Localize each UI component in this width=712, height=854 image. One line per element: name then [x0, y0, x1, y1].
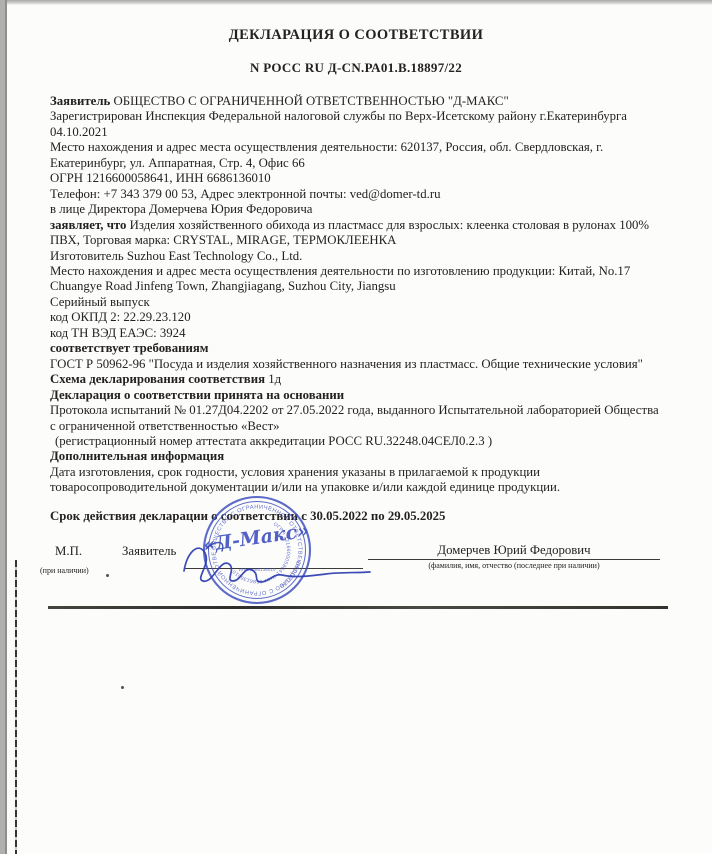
document-line: 04.10.2021	[50, 125, 672, 140]
document-text: ГОСТ Р 50962-96 "Посуда и изделия хозяйс…	[50, 357, 643, 371]
declarant-name-note: (фамилия, имя, отчество (последнее при н…	[368, 561, 660, 570]
document-line: Протокола испытаний № 01.27Д04.2202 от 2…	[50, 403, 672, 418]
document-text: Екатеринбург, ул. Аппаратная, Стр. 4, Оф…	[50, 156, 305, 170]
document-text-bold: соответствует требованиям	[50, 341, 208, 355]
declarant-name-line	[368, 559, 660, 560]
document-line: Серийный выпуск	[50, 295, 672, 310]
document-line: Декларация о соответствии принята на осн…	[50, 388, 672, 403]
document-line: Дополнительная информация	[50, 449, 672, 464]
applicant-label: Заявитель	[122, 544, 176, 559]
document-line: Изготовитель Suzhou East Technology Co.,…	[50, 249, 672, 264]
declarant-name: Домерчев Юрий Федорович	[368, 543, 660, 558]
scan-artifact-dashed-line	[15, 560, 17, 854]
document-line: код ОКПД 2: 22.29.23.120	[50, 310, 672, 325]
document-title: ДЕКЛАРАЦИЯ О СООТВЕТСТВИИ	[0, 27, 712, 44]
document-line: ОГРН 1216600058641, ИНН 6686136010	[50, 171, 672, 186]
document-line: ГОСТ Р 50962-96 "Посуда и изделия хозяйс…	[50, 357, 672, 372]
declarant-name-block: Домерчев Юрий Федорович (фамилия, имя, о…	[368, 543, 660, 570]
handwritten-signature	[176, 527, 376, 593]
document-text: Зарегистрирован Инспекция Федеральной на…	[50, 109, 627, 123]
document-line: Место нахождения и адрес места осуществл…	[50, 264, 672, 279]
document-text-bold: Заявитель	[50, 94, 113, 108]
document-text: с ограниченной ответственностью «Вест»	[50, 419, 280, 433]
document-text: 1д	[268, 372, 281, 386]
document-text-bold: Дополнительная информация	[50, 449, 224, 463]
document-text: Chuangye Road Jinfeng Town, Zhangjiagang…	[50, 279, 396, 293]
document-text: код ОКПД 2: 22.29.23.120	[50, 310, 191, 324]
document-text: ОБЩЕСТВО С ОГРАНИЧЕННОЙ ОТВЕТСТВЕННОСТЬЮ…	[113, 94, 508, 108]
stamp-place-label: М.П.	[55, 544, 82, 559]
document-number: N РОСС RU Д-CN.РА01.В.18897/22	[0, 60, 712, 76]
scan-speck	[106, 574, 109, 577]
document-text: ОГРН 1216600058641, ИНН 6686136010	[50, 171, 271, 185]
document-text: в лице Директора Домерчева Юрия Федорови…	[50, 202, 312, 216]
document-text-bold: Схема декларирования соответствия	[50, 372, 268, 386]
document-text: 04.10.2021	[50, 125, 108, 139]
scan-speck	[121, 686, 124, 689]
document-line: заявляет, что Изделия хозяйственного оби…	[50, 218, 672, 233]
scanned-declaration-page: ДЕКЛАРАЦИЯ О СООТВЕТСТВИИ N РОСС RU Д-CN…	[0, 0, 712, 854]
document-line: Зарегистрирован Инспекция Федеральной на…	[50, 109, 672, 124]
signature-flourish	[206, 543, 223, 552]
document-line: Заявитель ОБЩЕСТВО С ОГРАНИЧЕННОЙ ОТВЕТС…	[50, 94, 672, 109]
document-line: код ТН ВЭД ЕАЭС: 3924	[50, 326, 672, 341]
document-line: Телефон: +7 343 379 00 53, Адрес электро…	[50, 187, 672, 202]
document-text: (регистрационный номер аттестата аккреди…	[55, 434, 492, 448]
document-line: с ограниченной ответственностью «Вест»	[50, 419, 672, 434]
document-body: Заявитель ОБЩЕСТВО С ОГРАНИЧЕННОЙ ОТВЕТС…	[50, 94, 672, 524]
document-text: ПВХ, Торговая марка: CRYSTAL, MIRAGE, ТЕ…	[50, 233, 396, 247]
document-line: Срок действия декларации о соответствии …	[50, 509, 672, 524]
document-text: код ТН ВЭД ЕАЭС: 3924	[50, 326, 185, 340]
scan-edge-left-line	[5, 0, 7, 854]
document-text-bold: Декларация о соответствии принята на осн…	[50, 388, 344, 402]
document-text: Дата изготовления, срок годности, услови…	[50, 465, 540, 479]
document-text: Телефон: +7 343 379 00 53, Адрес электро…	[50, 187, 440, 201]
stamp-place-note: (при наличии)	[40, 566, 89, 575]
scan-edge-top	[0, 0, 712, 5]
document-line: Схема декларирования соответствия 1д	[50, 372, 672, 387]
document-text: Место нахождения и адрес места осуществл…	[50, 264, 630, 278]
document-text-bold: заявляет, что	[50, 218, 130, 232]
document-line: Екатеринбург, ул. Аппаратная, Стр. 4, Оф…	[50, 156, 672, 171]
document-line: ПВХ, Торговая марка: CRYSTAL, MIRAGE, ТЕ…	[50, 233, 672, 248]
document-line: Место нахождения и адрес места осуществл…	[50, 140, 672, 155]
document-line: (регистрационный номер аттестата аккреди…	[50, 434, 672, 449]
document-line: Дата изготовления, срок годности, услови…	[50, 465, 672, 480]
footer-rule	[48, 606, 668, 609]
document-text: Протокола испытаний № 01.27Д04.2202 от 2…	[50, 403, 659, 417]
document-line: товаросопроводительной документации и/ил…	[50, 480, 672, 495]
document-text: Серийный выпуск	[50, 295, 150, 309]
document-line: в лице Директора Домерчева Юрия Федорови…	[50, 202, 672, 217]
document-text: Место нахождения и адрес места осуществл…	[50, 140, 603, 154]
signature-stroke	[184, 548, 370, 582]
document-text: Изготовитель Suzhou East Technology Co.,…	[50, 249, 302, 263]
document-line: соответствует требованиям	[50, 341, 672, 356]
document-text: Изделия хозяйственного обихода из пластм…	[130, 218, 649, 232]
document-line: Chuangye Road Jinfeng Town, Zhangjiagang…	[50, 279, 672, 294]
